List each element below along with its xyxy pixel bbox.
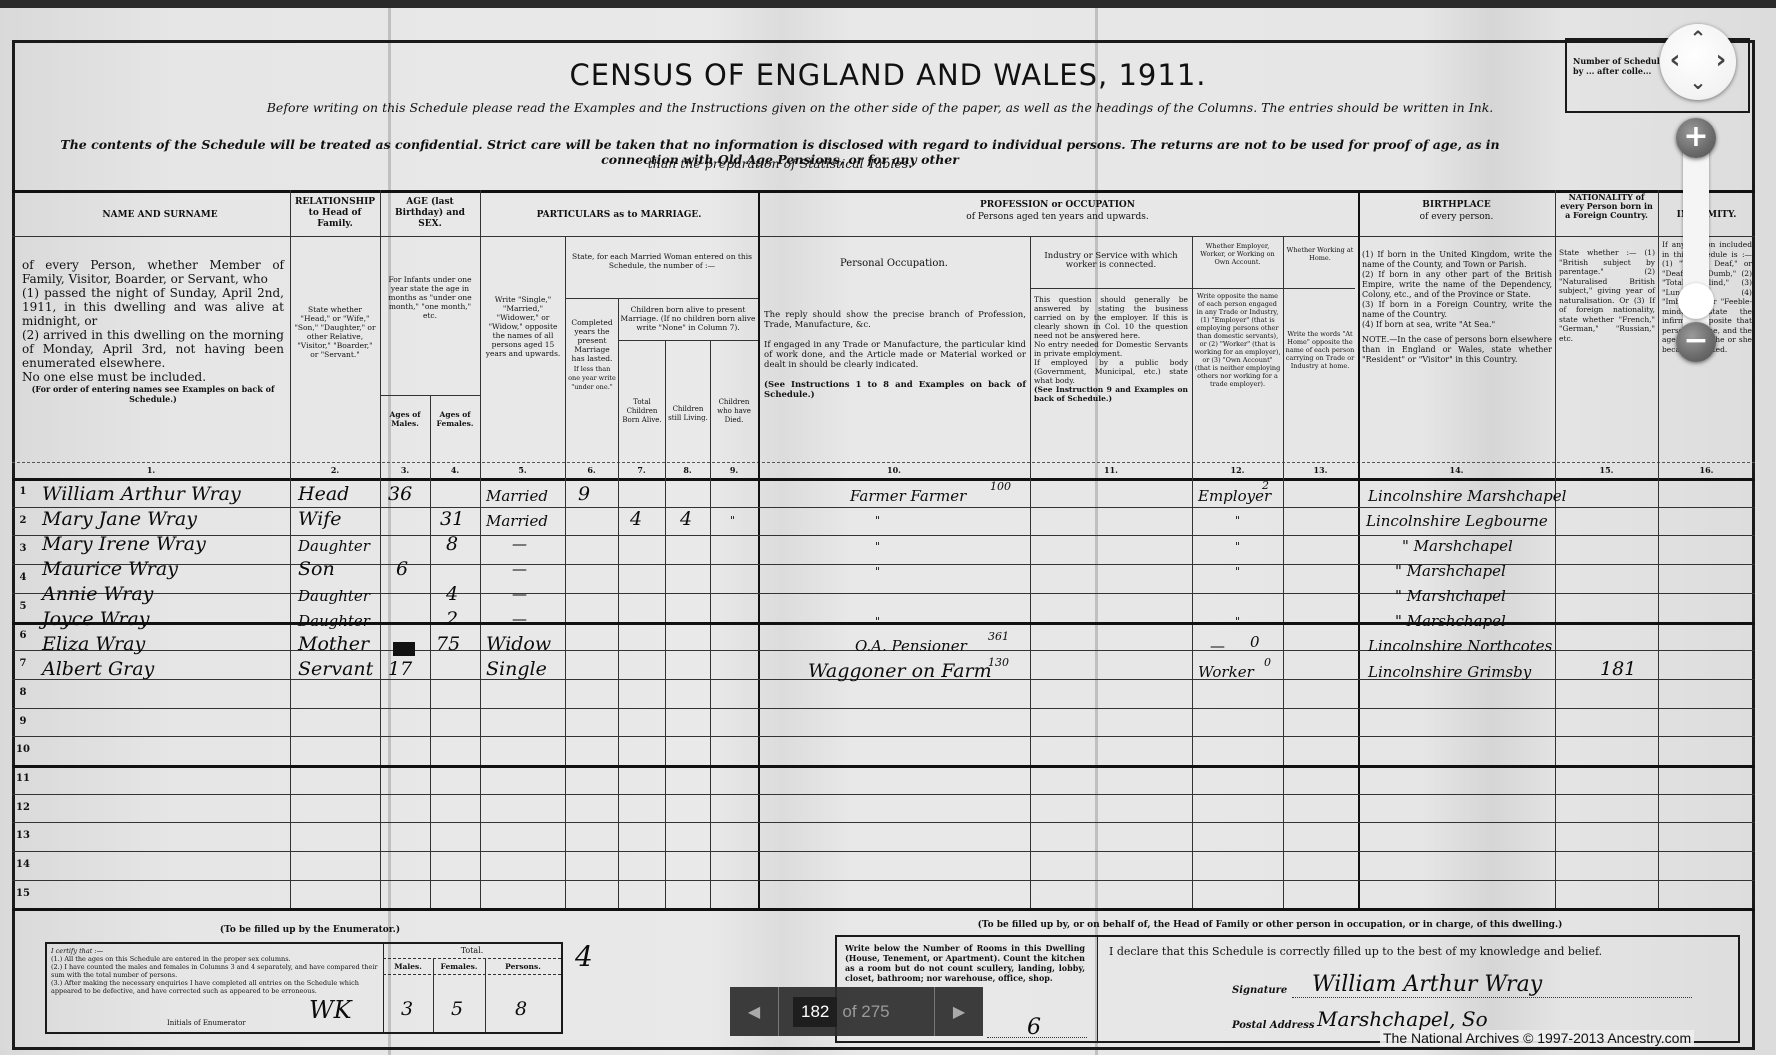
column-number: 14. (1358, 465, 1555, 475)
name-desc-4: (For order of entering names see Example… (22, 384, 284, 404)
certify-item-1: (1.) All the ages on this Schedule are e… (51, 955, 381, 963)
header-birthplace: BIRTHPLACE (1360, 200, 1553, 211)
cell-occupation: Farmer Farmer (850, 487, 966, 505)
column-number: 3. (380, 465, 430, 475)
address-label: Postal Address (1232, 1020, 1315, 1031)
column-number: 13. (1283, 465, 1358, 475)
name-desc-intro: of every Person, whether Member of Famil… (22, 258, 284, 286)
cell-employer: " (1235, 565, 1240, 578)
col-divider (380, 190, 381, 908)
cell-marital: — (512, 610, 527, 628)
page-title: CENSUS OF ENGLAND AND WALES, 1911. (0, 58, 1776, 92)
declaration-text: I declare that this Schedule is correctl… (1109, 945, 1602, 958)
column-number: 16. (1658, 465, 1755, 475)
col-divider (758, 190, 760, 908)
header-divider (12, 236, 1755, 237)
total-males: 3 (401, 998, 413, 1020)
children-total-label: Total Children Born Alive. (620, 398, 664, 425)
current-page-input[interactable]: 182 (793, 997, 837, 1027)
signature-line (1292, 997, 1692, 998)
rooms-instruction: Write below the Number of Rooms in this … (845, 943, 1085, 983)
column-number: 6. (565, 465, 618, 475)
pan-right-icon[interactable]: › (1711, 50, 1731, 70)
column-number: 15. (1555, 465, 1658, 475)
col-divider (565, 236, 566, 908)
cell-name: Albert Gray (42, 658, 154, 680)
row-line (12, 736, 1755, 737)
row-number: 3 (14, 543, 32, 554)
birthplace-desc-1: (1) If born in the United Kingdom, write… (1362, 250, 1552, 270)
cell-occupation: " (875, 514, 880, 527)
persons-label: Persons. (485, 962, 561, 971)
image-pager: ◀ 182 of 275 ▶ (730, 987, 983, 1036)
cell-marital: — (512, 535, 527, 553)
cell-relationship: Son (298, 558, 335, 580)
copyright-credit: The National Archives © 1997-2013 Ancest… (1380, 1030, 1694, 1046)
cell-employer-code: 2 (1262, 479, 1269, 492)
header-age: AGE (last Birthday) and SEX. (382, 197, 478, 230)
cell-children-died: " (730, 514, 735, 527)
table-bottom-border (12, 908, 1755, 911)
children-died-label: Children who have Died. (712, 398, 756, 425)
children-living-label: Children still Living. (667, 405, 709, 423)
cell-age-female: 2 (446, 608, 458, 630)
cell-occupation-code: 130 (988, 656, 1009, 669)
box-divider (1097, 937, 1098, 1041)
signature: William Arthur Wray (1312, 972, 1542, 997)
row-number: 15 (14, 888, 32, 899)
zoom-out-button[interactable]: − (1676, 322, 1716, 362)
cell-birthplace: " Marshchapel (1395, 562, 1506, 580)
total-persons: 8 (515, 998, 527, 1020)
cell-birthplace: " Marshchapel (1395, 587, 1506, 605)
row-number: 1 (14, 486, 32, 497)
personal-occupation-description: The reply should show the precise branch… (764, 310, 1026, 400)
col-divider (618, 298, 619, 908)
row-number: 4 (14, 572, 32, 583)
cell-age-female: 4 (446, 583, 458, 605)
col-divider (1283, 236, 1284, 908)
certify-item-2: (2.) I have counted the males and female… (51, 963, 381, 979)
head-section-heading: (To be filled up by, or on behalf of, th… (870, 920, 1670, 930)
industry-desc-2: No entry needed for Domestic Servants in… (1034, 340, 1188, 358)
name-description: of every Person, whether Member of Famil… (22, 258, 284, 404)
pan-up-icon[interactable]: ⌃ (1688, 28, 1708, 48)
cell-marital: Married (486, 512, 548, 530)
occupation-desc-1: The reply should show the precise branch… (764, 310, 1026, 330)
name-desc-1: (1) passed the night of Sunday, April 2n… (22, 286, 284, 328)
initials-label: Initials of Enumerator (167, 1019, 246, 1027)
cell-relationship: Servant (298, 658, 373, 680)
row-line (12, 535, 1755, 536)
employer-label: Whether Employer, Worker, or Working on … (1194, 242, 1281, 266)
cell-relationship: Daughter (298, 612, 370, 630)
cell-employer: Worker (1198, 663, 1254, 681)
row-line (12, 765, 1755, 768)
column-number: 2. (290, 465, 380, 475)
birthplace-desc-2: (2) If born in any other part of the Bri… (1362, 270, 1552, 300)
col-divider (290, 190, 291, 908)
marriage-write-description: Write "Single," "Married," "Widower," or… (483, 295, 563, 358)
column-number: 5. (480, 465, 565, 475)
cell-occupation: O.A. Pensioner (855, 637, 967, 655)
box-divider (485, 958, 486, 1032)
cell-name: William Arthur Wray (42, 483, 241, 505)
cell-relationship: Head (298, 483, 349, 505)
name-desc-2: (2) arrived in this dwelling on the morn… (22, 328, 284, 370)
cell-employer: " (1235, 615, 1240, 628)
certify-item-3: (3.) After making the necessary enquirie… (51, 979, 381, 995)
cell-birthplace: Lincolnshire Legbourne (1366, 512, 1548, 530)
sub-divider (618, 340, 758, 341)
cell-occupation: " (875, 540, 880, 553)
at-home-description: Write the words "At Home" opposite the n… (1285, 330, 1355, 370)
row-number: 2 (14, 515, 32, 526)
col-divider (1358, 190, 1360, 908)
row-line (12, 822, 1755, 823)
cell-birthplace-code: 181 (1600, 658, 1636, 680)
completed-years-note: If less than one year write "under one." (567, 365, 617, 392)
column-number: 12. (1192, 465, 1283, 475)
header-nationality: NATIONALITY of every Person born in a Fo… (1557, 193, 1656, 220)
cell-name: Mary Irene Wray (42, 533, 206, 555)
cell-employer: — (1210, 637, 1225, 655)
cell-birthplace: Lincolnshire Grimsby (1368, 663, 1531, 681)
header-divider (12, 462, 1755, 463)
occupation-desc-3: (See Instructions 1 to 8 and Examples on… (764, 380, 1026, 400)
header-occupation: PROFESSION or OCCUPATION (760, 200, 1355, 211)
row-number: 12 (14, 802, 32, 813)
total-label: Total. (383, 946, 561, 955)
postal-address: Marshchapel, So (1317, 1007, 1488, 1031)
column-number: 4. (430, 465, 480, 475)
previous-image-button[interactable]: ◀ (730, 987, 778, 1036)
row-number: 8 (14, 687, 32, 698)
cell-occupation: Waggoner on Farm (808, 660, 992, 682)
box-divider (383, 974, 561, 975)
enumerator-box: I certify that :— (1.) All the ages on t… (45, 942, 563, 1034)
col-divider (1555, 190, 1556, 908)
children-born-description: Children born alive to present Marriage.… (620, 305, 756, 332)
instruction-line: Before writing on this Schedule please r… (230, 100, 1530, 115)
industry-desc-1: This question should generally be answer… (1034, 295, 1188, 340)
col-divider (1030, 236, 1031, 908)
cell-name: Joyce Wray (42, 608, 150, 630)
col-divider (480, 190, 481, 908)
cell-employer: Employer (1198, 487, 1271, 505)
cell-marital: Single (486, 658, 547, 680)
arrow-left-icon: ◀ (748, 1002, 760, 1022)
cell-relationship: Daughter (298, 587, 370, 605)
cell-marital: Married (486, 487, 548, 505)
column-number: 10. (758, 465, 1030, 475)
cell-occupation-code: 361 (988, 630, 1009, 643)
birthplace-note: NOTE.—In the case of persons born elsewh… (1362, 335, 1552, 365)
occupation-desc-2: If engaged in any Trade or Manufacture, … (764, 340, 1026, 370)
cell-marital: Widow (486, 633, 551, 655)
cell-employer: " (1235, 514, 1240, 527)
cell-occupation: " (875, 565, 880, 578)
cell-occupation-code: 100 (990, 480, 1011, 493)
cell-occupation: " (875, 615, 880, 628)
row-line (12, 507, 1755, 508)
cell-total-children: 4 (630, 508, 642, 530)
pan-down-icon[interactable]: ⌄ (1688, 72, 1708, 92)
employer-description: Write opposite the name of each person e… (1194, 292, 1281, 388)
industry-desc-4: (See Instruction 9 and Examples on back … (1034, 385, 1188, 403)
header-marriage: PARTICULARS as to MARRIAGE. (482, 210, 756, 221)
column-number: 8. (665, 465, 710, 475)
next-image-button[interactable]: ▶ (935, 987, 983, 1036)
rooms-line (987, 1037, 1087, 1038)
pan-left-icon[interactable]: ‹ (1665, 50, 1685, 70)
signature-label: Signature (1232, 985, 1287, 996)
marriage-completed-years: Completed years the present Marriage has… (567, 318, 617, 392)
column-number: 11. (1030, 465, 1192, 475)
cell-employer: " (1235, 540, 1240, 553)
column-number: 9. (710, 465, 758, 475)
header-occupation-sub: of Persons aged ten years and upwards. (760, 212, 1355, 223)
header-relationship: RELATIONSHIP to Head of Family. (292, 197, 378, 230)
margin-mark: 4 (575, 940, 593, 973)
column-number: 1. (12, 465, 290, 475)
confidential-line-cont: than the preparation of Statistical Tabl… (30, 156, 1530, 171)
redaction-mark (393, 642, 415, 656)
zoom-slider-handle[interactable] (1678, 283, 1714, 319)
cell-name: Maurice Wray (42, 558, 178, 580)
row-number: 13 (14, 830, 32, 841)
cell-age-female: 75 (436, 633, 460, 655)
relationship-description: State whether "Head," or "Wife," "Son," … (293, 305, 377, 359)
page-indicator: 182 of 275 (779, 987, 934, 1036)
row-line (12, 851, 1755, 852)
certify-label: I certify that :— (51, 947, 381, 955)
enumerator-certify: I certify that :— (1.) All the ages on t… (51, 947, 381, 995)
cell-birthplace: Lincolnshire Marshchapel (1368, 487, 1566, 505)
cell-relationship: Mother (298, 633, 369, 655)
cell-age-male: 36 (388, 483, 412, 505)
zoom-in-button[interactable]: + (1676, 118, 1716, 158)
cell-age-male: 17 (388, 658, 412, 680)
industry-description: This question should generally be answer… (1034, 295, 1188, 403)
box-divider (433, 958, 434, 1032)
pan-control[interactable]: ⌃ ⌄ ‹ › (1660, 24, 1736, 100)
row-number: 10 (14, 744, 32, 755)
birthplace-desc-4: (4) If born at sea, write "At Sea." (1362, 320, 1552, 330)
age-description: For Infants under one year state the age… (383, 275, 477, 320)
row-number: 9 (14, 716, 32, 727)
age-females-label: Ages of Females. (432, 410, 478, 428)
cell-name: Mary Jane Wray (42, 508, 197, 530)
cell-employer-code: 0 (1264, 656, 1271, 669)
cell-birthplace: " Marshchapel (1402, 537, 1513, 555)
cell-relationship: Daughter (298, 537, 370, 555)
col-divider (1658, 190, 1659, 908)
cell-birthplace: " Marshchapel (1395, 612, 1506, 630)
row-number: 11 (14, 773, 32, 784)
cell-years-married: 9 (578, 483, 590, 505)
row-number: 14 (14, 859, 32, 870)
row-line (12, 794, 1755, 795)
header-name: NAME AND SURNAME (60, 210, 260, 221)
nationality-description: State whether :— (1) "British subject by… (1559, 248, 1655, 343)
column-number: 7. (618, 465, 665, 475)
personal-occupation-label: Personal Occupation. (760, 258, 1028, 270)
total-females: 5 (451, 998, 463, 1020)
total-pages-label: of 275 (842, 1002, 889, 1022)
row-line (12, 880, 1755, 881)
industry-label: Industry or Service with which worker is… (1033, 252, 1189, 270)
col-divider (1192, 236, 1193, 908)
marriage-state-description: State, for each Married Woman entered on… (568, 252, 756, 270)
at-home-label: Whether Working at Home. (1285, 246, 1355, 262)
males-label: Males. (383, 962, 433, 971)
cell-age-male: 6 (396, 558, 408, 580)
name-desc-3: No one else must be included. (22, 370, 284, 384)
cell-name: Annie Wray (42, 583, 153, 605)
enumerator-initials: WK (309, 996, 352, 1024)
row-line (12, 708, 1755, 709)
cell-employer-code: 0 (1250, 633, 1260, 651)
row-number: 7 (14, 658, 32, 669)
cell-age-female: 31 (440, 508, 464, 530)
cell-relationship: Wife (298, 508, 342, 530)
row-number: 6 (14, 630, 32, 641)
cell-marital: — (512, 560, 527, 578)
arrow-right-icon: ▶ (953, 1002, 965, 1022)
industry-desc-3: If employed by a public body (Government… (1034, 358, 1188, 385)
birthplace-desc-3: (3) If born in a Foreign Country, write … (1362, 300, 1552, 320)
females-label: Females. (433, 962, 485, 971)
age-males-label: Ages of Males. (382, 410, 428, 428)
box-divider (383, 958, 561, 959)
data-top-border (12, 478, 1755, 481)
table-top-border (12, 190, 1755, 193)
enumerator-heading: (To be filled up by the Enumerator.) (160, 925, 460, 935)
completed-years-label: Completed years the present Marriage has… (571, 318, 612, 363)
birthplace-description: (1) If born in the United Kingdom, write… (1362, 250, 1552, 365)
cell-marital: — (512, 585, 527, 603)
header-birthplace-sub: of every person. (1360, 212, 1553, 223)
sub-divider (565, 298, 758, 299)
cell-children-living: 4 (680, 508, 692, 530)
cell-name: Eliza Wray (42, 633, 145, 655)
cell-birthplace: Lincolnshire Northcotes (1368, 637, 1552, 655)
row-number: 5 (14, 601, 32, 612)
cell-age-female: 8 (446, 533, 458, 555)
